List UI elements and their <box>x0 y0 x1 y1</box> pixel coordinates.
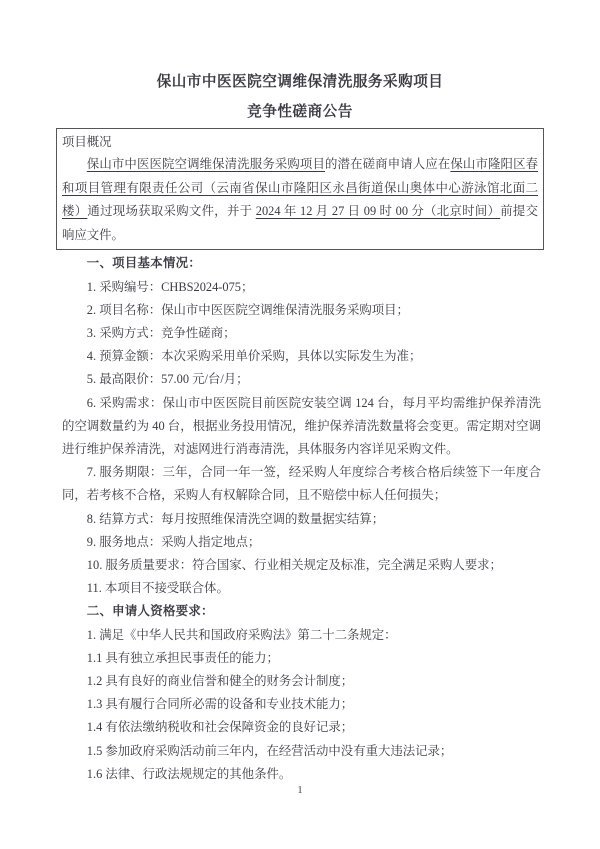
doc-title: 保山市中医医院空调维保清洗服务采购项目 <box>0 74 600 90</box>
overview-label: 项目概况 <box>62 132 538 153</box>
document-page: 保山市中医医院空调维保清洗服务采购项目 竞争性磋商公告 项目概况 保山市中医医院… <box>0 0 600 849</box>
section1-item-price-ceiling: 5. 最高限价：57.00 元/台/月； <box>62 368 541 391</box>
section1-item-requirements: 6. 采购需求：保山市中医医院目前医院安装空调 124 台，每月平均需维护保养清… <box>62 392 541 462</box>
overview-paragraph: 保山市中医医院空调维保清洗服务采购项目的潜在磋商申请人应在保山市隆阳区春和项目管… <box>62 153 538 247</box>
overview-segment: 的潜在磋商申请人应在 <box>325 157 450 171</box>
section1-item-service-term: 7. 服务期限：三年，合同一年一签，经采购人年度综合考核合格后续签下一年度合同，… <box>62 461 541 507</box>
section1-item-service-location: 9. 服务地点：采购人指定地点； <box>62 531 541 554</box>
section1-item-no-consortium: 11. 本项目不接受联合体。 <box>62 577 541 600</box>
section2-item-civil-liability: 1.1 具有独立承担民事责任的能力； <box>62 647 541 670</box>
doc-subtitle: 竞争性磋商公告 <box>0 104 600 120</box>
document-body: 一、项目基本情况： 1. 采购编号：CHBS2024-075； 2. 项目名称：… <box>62 252 541 786</box>
section1-item-quality: 10. 服务质量要求：符合国家、行业相关规定及标准，完全满足采购人要求； <box>62 554 541 577</box>
project-overview-box: 项目概况 保山市中医医院空调维保清洗服务采购项目的潜在磋商申请人应在保山市隆阳区… <box>56 128 544 250</box>
section1-item-procurement-method: 3. 采购方式：竞争性磋商； <box>62 322 541 345</box>
overview-segment: 保山市中医医院空调维保清洗服务采购项目 <box>87 157 325 171</box>
section1-heading: 一、项目基本情况： <box>62 252 541 275</box>
section2-item-equipment: 1.3 具有履行合同所必需的设备和专业技术能力； <box>62 693 541 716</box>
overview-segment: 2024 年 12 月 27 日 09 时 00 分（北京时间） <box>256 204 500 218</box>
section2-item-other-conditions: 1.6 法律、行政法规规定的其他条件。 <box>62 763 541 786</box>
section2-item-credit: 1.2 具有良好的商业信誉和健全的财务会计制度； <box>62 670 541 693</box>
section1-item-settlement: 8. 结算方式：每月按照维保清洗空调的数量据实结算； <box>62 508 541 531</box>
section2-item-no-violations: 1.5 参加政府采购活动前三年内，在经营活动中没有重大违法记录； <box>62 740 541 763</box>
section1-item-budget: 4. 预算金额：本次采购采用单价采购，具体以实际发生为准； <box>62 345 541 368</box>
section2-item-tax: 1.4 有依法缴纳税收和社会保障资金的良好记录； <box>62 716 541 739</box>
section1-item-procurement-number: 1. 采购编号：CHBS2024-075； <box>62 276 541 299</box>
section2-item-law: 1. 满足《中华人民共和国政府采购法》第二十二条规定： <box>62 624 541 647</box>
page-number: 1 <box>0 784 600 798</box>
overview-segment: 通过现场获取采购文件，并于 <box>87 204 255 218</box>
section2-heading: 二、申请人资格要求： <box>62 600 541 623</box>
section1-item-project-name: 2. 项目名称：保山市中医医院空调维保清洗服务采购项目； <box>62 299 541 322</box>
